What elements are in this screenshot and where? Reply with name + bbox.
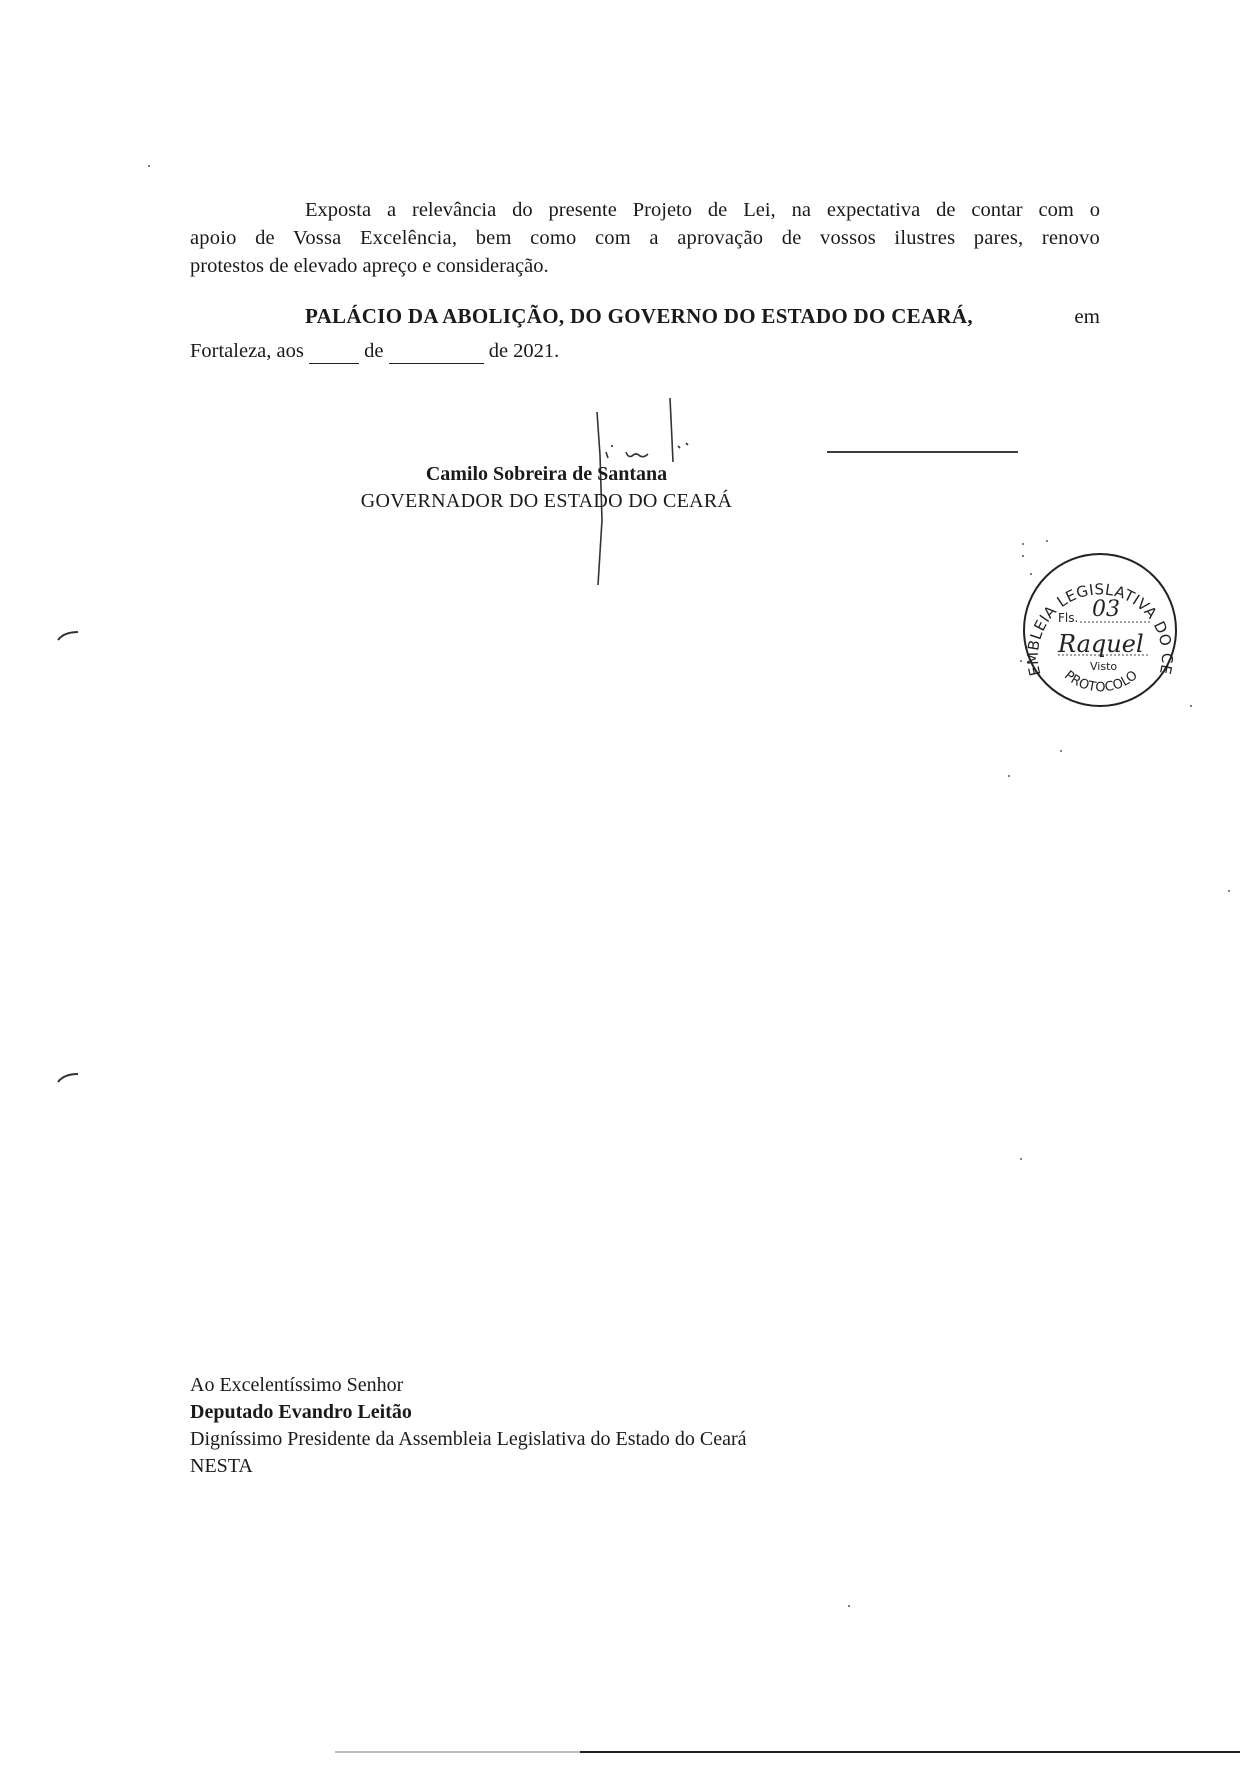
paragraph-line: protestos de elevado apreço e consideraç… [190,252,1100,280]
palace-em: em [1074,304,1100,329]
month-blank [389,340,484,364]
signatory-title: GOVERNADOR DO ESTADO DO CEARÁ [0,490,1247,513]
addressee-role: Digníssimo Presidente da Assembleia Legi… [190,1426,747,1453]
de-text: de [364,340,383,362]
svg-text:Fls.: Fls. [1058,611,1078,625]
punch-mark [58,1074,78,1082]
palace-name: PALÁCIO DA ABOLIÇÃO, DO GOVERNO DO ESTAD… [305,304,973,329]
addressee-name: Deputado Evandro Leitão [190,1399,412,1426]
signatory-name: Camilo Sobreira de Santana [0,463,1247,486]
svg-text:ASSEMBLEIA LEGISLATIVA DO CEAR: ASSEMBLEIA LEGISLATIVA DO CEARÁ [0,0,1176,678]
year-text: de 2021. [489,340,560,362]
paragraph-line: Exposta a relevância do presente Projeto… [190,196,1100,224]
closing-paragraph: Exposta a relevância do presente Projeto… [190,196,1100,280]
day-blank [309,340,359,364]
addressee-location: NESTA [190,1453,253,1480]
protocol-stamp: ASSEMBLEIA LEGISLATIVA DO CEARÁ PROTOCOL… [0,0,1176,706]
date-line: Fortaleza, aos de de 2021. [190,340,559,364]
place-line: PALÁCIO DA ABOLIÇÃO, DO GOVERNO DO ESTAD… [305,304,1100,329]
svg-text:03: 03 [1092,597,1120,622]
svg-text:Visto: Visto [1090,660,1117,673]
city-prefix: Fortaleza, aos [190,340,304,362]
addressee-salutation: Ao Excelentíssimo Senhor [190,1372,403,1399]
paragraph-line: apoio de Vossa Excelência, bem como com … [190,224,1100,252]
svg-text:Raquel: Raquel [1057,630,1144,658]
punch-mark [58,632,78,640]
